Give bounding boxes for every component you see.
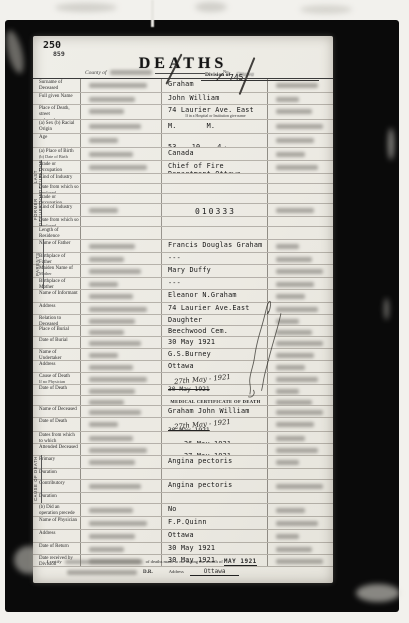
form-row: (a) Place of Birth(b) Date of BirthCanad… — [33, 148, 333, 161]
form-row: Birthplace of Father--- — [33, 253, 333, 265]
redacted-smudge — [89, 353, 118, 358]
cert-month-stamp: MAY 1921 — [224, 558, 257, 566]
redacted-smudge — [276, 410, 323, 415]
redacted-smudge — [276, 109, 312, 114]
redacted-smudge — [276, 448, 318, 453]
redacted-smudge — [89, 282, 118, 287]
redacted-cert-text — [65, 560, 143, 565]
date-prefix: from — [168, 442, 180, 443]
section-label-cause-of-death: CAUSE OF DEATH — [33, 455, 42, 503]
form-row: Full given NameJohn William — [33, 93, 333, 105]
redacted-county-value — [110, 70, 152, 75]
field-label: (c) Single, Married, Widowed — [39, 133, 79, 134]
registrar-certification: I certifyof deaths made to me during the… — [47, 558, 323, 576]
field-label: Trade or Occupation — [39, 162, 79, 173]
field-label: Name of Physician — [39, 518, 79, 524]
form-row: (a) Sex (b) Racial Origin(c) Single, Mar… — [33, 120, 333, 134]
field-value: Canada — [168, 149, 263, 157]
age-unit: dys — [224, 145, 230, 147]
field-label: Surname of Deceased — [39, 80, 79, 92]
redacted-smudge — [89, 436, 133, 441]
form-row: Date of Death27th May - 192130 May 1921 — [33, 418, 333, 432]
redacted-smudge — [89, 508, 133, 513]
handwritten-signature — [233, 288, 295, 400]
section-label-last-occupation: LAST OCCUPATION — [33, 160, 42, 193]
age-days: 4 — [217, 143, 221, 147]
field-label: (b) Did an operation precede death? — [39, 505, 79, 516]
form-row: Place of Death, streetand number or74 La… — [33, 105, 333, 120]
field-label: Birthplace of Mother — [39, 279, 79, 289]
form-row: Age53yrs10mos4dys — [33, 134, 333, 148]
form-row: Trade or OccupationChief of Fire Departm… — [33, 161, 333, 174]
field-sublabel: If in a Hospital or Institution give nam… — [168, 115, 263, 119]
certification-line: I certifyof deaths made to me during the… — [47, 558, 323, 565]
field-label: Length of Residence — [39, 228, 79, 239]
redacted-smudge — [89, 365, 133, 370]
dr-label: D.R. — [143, 570, 153, 575]
redacted-smudge — [276, 508, 305, 513]
redacted-smudge — [89, 109, 124, 114]
field-label: Address — [39, 362, 79, 368]
redacted-smudge — [89, 534, 135, 539]
redacted-smudge — [89, 208, 118, 213]
field-label: Trade or Occupation — [39, 195, 79, 203]
redacted-smudge — [89, 521, 147, 526]
redacted-smudge — [89, 389, 135, 394]
field-value: No — [168, 505, 263, 513]
field-label: Address — [39, 304, 79, 310]
field-label: Mother — [39, 272, 79, 277]
age-months: 10 — [192, 143, 201, 147]
field-label: Birthplace of Father — [39, 254, 79, 264]
redacted-signature — [67, 570, 137, 575]
field-label: Attended Deceased — [39, 445, 79, 451]
field-label: Duration — [39, 470, 79, 476]
field-value: Ottawa — [168, 531, 263, 539]
field-label: Date of Return — [39, 544, 79, 550]
redacted-smudge — [89, 165, 147, 170]
redacted-smudge — [89, 422, 118, 427]
redacted-smudge — [276, 152, 305, 157]
redacted-smudge — [89, 294, 133, 299]
redacted-smudge — [89, 244, 135, 249]
field-label: Name of Deceased — [39, 407, 79, 413]
age-years: 53 — [168, 143, 177, 147]
field-label: Dates from which to which — [39, 433, 79, 443]
scan-artifact — [300, 5, 352, 14]
field-value: Chief of Fire Department,Ottawa — [168, 162, 263, 173]
redacted-smudge — [276, 534, 299, 539]
redacted-smudge — [276, 83, 318, 88]
redacted-smudge — [89, 124, 141, 129]
redacted-smudge — [276, 436, 305, 441]
redacted-smudge — [89, 341, 141, 346]
field-label: Name of Undertaker — [39, 350, 79, 360]
field-label: Address — [39, 531, 79, 537]
marital-status-value: M. — [207, 122, 216, 133]
field-label: Relation to Deceased — [39, 316, 79, 325]
redacted-smudge — [89, 269, 141, 274]
age-unit: mos — [202, 145, 209, 147]
redacted-smudge — [89, 257, 124, 262]
redacted-smudge — [276, 138, 314, 143]
field-label: employed — [39, 224, 79, 226]
scan-artifact — [388, 128, 394, 160]
field-value: 74 Laurier Ave. East — [168, 106, 263, 114]
field-label: Place of Death, street — [39, 106, 79, 118]
redacted-smudge — [276, 521, 318, 526]
redacted-smudge — [89, 97, 135, 102]
redacted-smudge — [89, 307, 147, 312]
redacted-smudge — [89, 330, 124, 335]
form-row: PrimaryAngina pectoris — [33, 456, 333, 469]
section-label-parents: PARENTS — [35, 239, 44, 289]
redacted-smudge — [89, 377, 147, 382]
redacted-smudge — [276, 422, 314, 427]
certification-signature-line: D.R.AddressOttawa — [47, 568, 323, 575]
redacted-smudge — [276, 208, 314, 213]
scanned-death-register: { "stamps": { "page_number": "250", "sec… — [0, 0, 409, 623]
form-row: Trade or Occupation — [33, 194, 333, 204]
redacted-smudge — [89, 138, 118, 143]
field-value: --- — [168, 254, 263, 262]
form-row: Date from which soemployedfromto — [33, 184, 333, 194]
redacted-smudge — [89, 547, 124, 552]
field-value: F.P.Quinn — [168, 518, 263, 526]
sex-value: M. — [168, 122, 177, 133]
field-label: and number or — [39, 118, 79, 120]
field-value: Francis Douglas Graham — [168, 241, 263, 249]
form-row: ContributoryAngina pectoris — [33, 480, 333, 493]
form-row: Surname of DeceasedGraham — [33, 79, 333, 93]
form-row: Attended Deceasedto27 May 1921 — [33, 444, 333, 456]
field-label: Kind of Industry — [39, 175, 79, 181]
redacted-smudge — [276, 165, 318, 170]
form-row: Date from which soemployedfromto — [33, 217, 333, 227]
film-scratch — [151, 0, 154, 27]
redacted-smudge — [89, 484, 141, 489]
field-label: Full given Name — [39, 94, 79, 100]
form-row: Dates from which to whichMedical Practit… — [33, 432, 333, 444]
form-row: AddressOttawa — [33, 530, 333, 543]
field-value: Angina pectoris — [168, 457, 263, 465]
form-row: Kind of Industry — [33, 174, 333, 184]
scan-artifact — [356, 584, 400, 602]
field-value: 26 May 1921 — [184, 440, 231, 443]
scan-artifact — [195, 2, 227, 12]
field-label: Date of Burial — [39, 338, 79, 344]
form-row: Name of FatherFrancis Douglas Graham — [33, 240, 333, 253]
county-label: County of — [85, 70, 107, 76]
redacted-smudge — [89, 319, 135, 324]
redacted-smudge — [89, 400, 124, 405]
redacted-smudge — [89, 410, 141, 415]
section-label-former-occupation: FORMER OCCUPATION — [33, 193, 42, 226]
redacted-smudge — [89, 83, 147, 88]
form-row: Date of Return30 May 1921 — [33, 543, 333, 555]
redacted-smudge — [89, 448, 147, 453]
redacted-smudge — [276, 460, 299, 465]
redacted-smudge — [276, 484, 323, 489]
redacted-smudge — [276, 257, 312, 262]
county-line: County of — [85, 68, 205, 76]
cert-prefix: I certify — [47, 559, 62, 564]
field-value: Graham John William — [168, 407, 263, 415]
county-rule — [155, 68, 205, 74]
field-label: If no Physician attended — [39, 380, 79, 384]
field-value: Graham — [168, 80, 263, 88]
form-row: Durationyrsmos5dys — [33, 469, 333, 480]
redacted-smudge — [89, 460, 135, 465]
field-label: Primary — [39, 457, 79, 463]
field-label: (b) Date of Birth — [39, 155, 79, 160]
field-label: Contributory — [39, 481, 79, 487]
registration-stamp: 010333 — [168, 207, 263, 216]
scan-artifact — [55, 3, 117, 12]
field-label: Age — [39, 135, 79, 141]
field-label: Date of Death — [39, 386, 79, 392]
field-value: Mary Duffy — [168, 266, 263, 274]
age-unit: yrs — [179, 145, 184, 147]
field-label: Place of Burial — [39, 327, 79, 333]
field-value: 30 May 1921 — [168, 544, 263, 552]
redacted-smudge — [276, 124, 323, 129]
redacted-smudge — [276, 269, 323, 274]
field-label: Name of Informant — [39, 291, 79, 297]
redacted-smudge — [276, 244, 299, 249]
address-label: Address — [169, 569, 184, 574]
redacted-smudge — [89, 152, 133, 157]
form-row: Maiden Name ofMotherMary Duffy — [33, 265, 333, 278]
field-label: Name of Father — [39, 241, 79, 247]
cert-text: of deaths made to me during the month of — [146, 559, 223, 564]
redacted-smudge — [276, 400, 312, 405]
form-row: (b) Did an operation precede death?(c) W… — [33, 504, 333, 517]
form-row: Name of DeceasedGraham John William — [33, 406, 333, 418]
scan-artifact — [384, 298, 389, 320]
date-prefix: to — [168, 454, 180, 455]
field-value: John William — [168, 94, 263, 102]
field-label: Kind of Industry — [39, 205, 79, 211]
field-label: (a) Sex (b) Racial Origin — [39, 121, 79, 133]
form-row: Kind of Industry010333 — [33, 204, 333, 217]
death-register-page: 250 859 DEATHS County of Division ofOtta… — [33, 36, 333, 583]
redacted-smudge — [276, 97, 299, 102]
form-row: Length of Residenceat place of deathin C… — [33, 227, 333, 240]
form-row: Name of PhysicianF.P.Quinn — [33, 517, 333, 530]
redacted-smudge — [276, 547, 312, 552]
field-label: Date of Death — [39, 419, 79, 425]
field-label: employed — [39, 191, 79, 193]
field-value: Angina pectoris — [168, 481, 263, 489]
form-row: Durationyrsmosdys — [33, 493, 333, 504]
redacted-smudge — [276, 282, 314, 287]
field-label: Duration — [39, 494, 79, 500]
registrar-address: Ottawa — [190, 568, 240, 576]
field-value: --- — [168, 279, 263, 287]
field-value: 27 May 1921 — [184, 452, 231, 455]
